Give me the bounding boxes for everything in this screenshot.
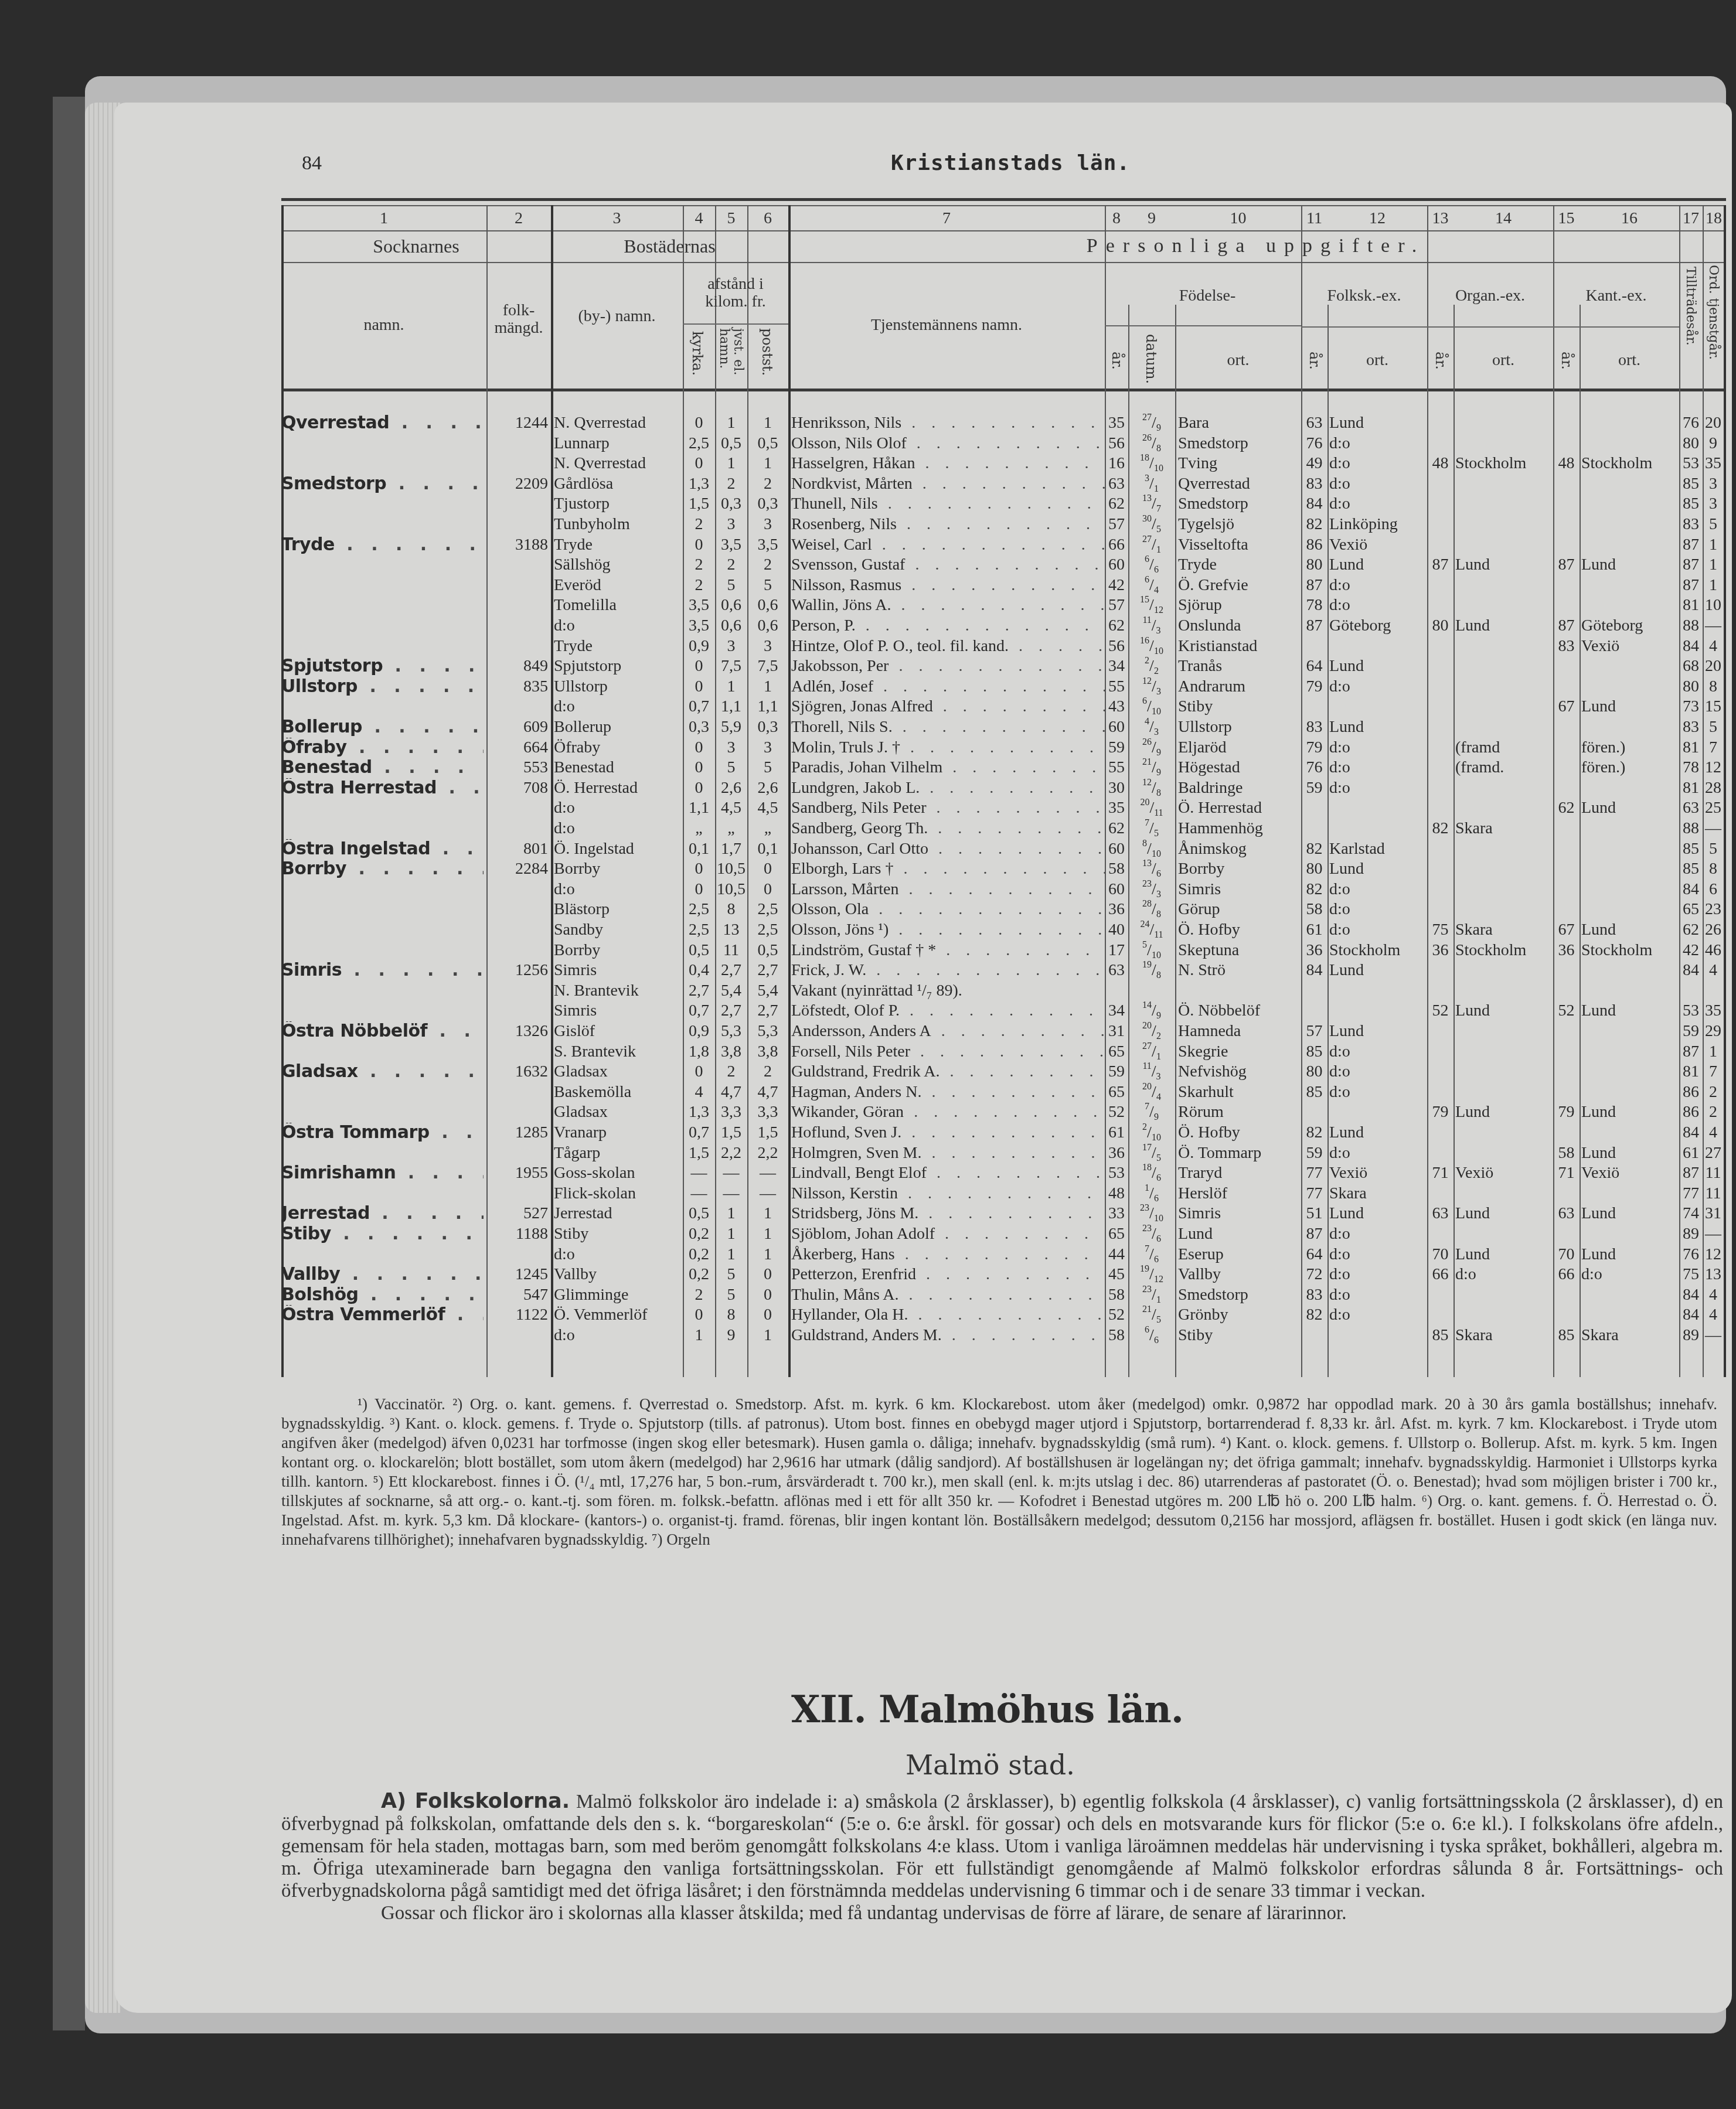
ky-text: 67 [1558, 921, 1575, 939]
birth-month: 10 [1154, 464, 1163, 473]
name-cell: Andersson, Anders A . . . . . . . . . . … [791, 1021, 1105, 1041]
fky-cell: 76 [1301, 758, 1327, 778]
fort-cell: Borrby [1178, 859, 1301, 879]
ko-cell: Lund [1581, 1143, 1679, 1163]
kyrka-cell: 2 [683, 555, 715, 575]
table-row: Bolshög . . . . . . . . . . . . . . . .5… [281, 1285, 1726, 1305]
birth-month: 1 [1156, 545, 1161, 555]
by-text: d:o [554, 819, 575, 837]
book-binding [53, 97, 85, 2030]
by-text: Stiby [554, 1225, 588, 1243]
kyrka-text: 2 [695, 556, 703, 574]
header-folkmangd: folk-mängd. [489, 302, 548, 337]
c18-cell: 35 [1703, 454, 1724, 473]
fko-text: d:o [1329, 434, 1350, 452]
fky-cell: 59 [1301, 1143, 1327, 1163]
date-slash: / [1152, 738, 1156, 757]
kyrka-cell: 1,3 [683, 474, 715, 494]
folksk-rule [1301, 326, 1427, 328]
post-text: 2,6 [758, 779, 778, 797]
leader-dots: . . . . . . . . . . . . . . . . [904, 1103, 1105, 1121]
table-row: Flick-skolan———Nilsson, Kerstin . . . . … [281, 1184, 1726, 1204]
birth-month: 1 [1156, 1052, 1161, 1062]
date-slash: / [1149, 1245, 1154, 1263]
jvst-text: 0,3 [721, 495, 741, 513]
parish-text: Gladsax [281, 1062, 358, 1082]
fy-cell: 65 [1105, 1224, 1128, 1244]
fy-cell: 66 [1105, 535, 1128, 555]
post-cell: 0,3 [747, 494, 788, 514]
c18-cell: 20 [1703, 656, 1724, 676]
fko-text: Lund [1329, 1022, 1364, 1040]
parish-cell: Borrby . . . . . . . . . . . . . . . . [281, 859, 484, 879]
fko-cell: Vexiö [1329, 1163, 1427, 1183]
fy-cell: 34 [1105, 656, 1128, 676]
c17-cell: 85 [1679, 839, 1703, 859]
by-cell: Flick-skolan [554, 1184, 683, 1204]
c18-text: 3 [1709, 475, 1717, 493]
fort-text: Tranås [1178, 657, 1222, 675]
c17-cell: 89 [1679, 1326, 1703, 1345]
fy-text: 59 [1108, 1062, 1125, 1081]
fko-cell: Lund [1329, 717, 1427, 737]
by-cell: Tomelilla [554, 595, 683, 615]
leader-dots: . . . . . . . . . . . . . . . . [347, 738, 484, 758]
c17-text: 59 [1683, 1022, 1699, 1040]
kyrka-cell: 0,7 [683, 1123, 715, 1143]
date-slash: / [1152, 1144, 1156, 1162]
ko-cell: Lund [1581, 1001, 1679, 1021]
leader-dots: . . . . . . . . . . . . . . . . [901, 414, 1105, 432]
post-cell: 4,7 [747, 1082, 788, 1102]
c17-cell: 87 [1679, 1163, 1703, 1183]
c18-text: 20 [1705, 414, 1721, 432]
name-text: Olsson, Jöns ¹) [791, 921, 889, 939]
fky-cell: 87 [1301, 616, 1327, 636]
by-text: Tjustorp [554, 495, 610, 513]
birth-day: 6 [1145, 555, 1149, 564]
fort-cell: Traryd [1178, 1163, 1301, 1183]
leader-dots: . . . . . . . . . . . . . . . . [889, 921, 1105, 939]
header-organ-ar: år. [1434, 352, 1448, 370]
by-text: S. Brantevik [554, 1042, 636, 1061]
c18-text: — [1705, 1225, 1721, 1243]
c18-text: 1 [1709, 576, 1717, 594]
post-text: 3,5 [758, 536, 778, 554]
leader-dots: . . . . . . . . . . . . . . . . [437, 778, 484, 798]
birth-date-cell: 26/8 [1128, 434, 1175, 454]
fko-cell: Linköping [1329, 515, 1427, 534]
kyrka-text: 0,7 [689, 697, 709, 716]
c18-cell: 2 [1703, 1102, 1724, 1122]
name-cell: Guldstrand, Anders M. . . . . . . . . . … [791, 1326, 1105, 1345]
fy-cell: 65 [1105, 1042, 1128, 1062]
parish-text: Qverrestad [281, 413, 389, 433]
c17-cell: 59 [1679, 1021, 1703, 1041]
by-text: Vranarp [554, 1123, 607, 1142]
name-cell: Adlén, Josef . . . . . . . . . . . . . .… [791, 677, 1105, 697]
fy-cell: 57 [1105, 595, 1128, 615]
fodelse-rule [1105, 325, 1301, 326]
name-text: Lindström, Gustaf † * [791, 941, 936, 959]
jvst-text: 2,2 [721, 1144, 741, 1162]
fort-cell: Skegrie [1178, 1042, 1301, 1062]
header-bostadernas: Bostädernas [551, 237, 788, 255]
fko-cell: Göteborg [1329, 616, 1427, 636]
fy-cell: 60 [1105, 555, 1128, 575]
post-cell: 2,2 [747, 1143, 788, 1163]
oy-text: 63 [1432, 1204, 1449, 1222]
jvst-text: 13 [723, 921, 740, 939]
pop-text: 1632 [515, 1062, 548, 1081]
oo-text: d:o [1455, 1265, 1476, 1283]
page-number: 84 [302, 152, 322, 175]
name-text: Guldstrand, Anders M. [791, 1326, 942, 1344]
name-cell: Thulin, Måns A. . . . . . . . . . . . . … [791, 1285, 1105, 1305]
c17-text: 68 [1683, 657, 1699, 675]
c17-text: 85 [1683, 860, 1699, 878]
post-cell: 1 [747, 1326, 788, 1345]
table-row: Tomelilla3,50,60,6Wallin, Jöns A. . . . … [281, 595, 1726, 615]
post-cell: 0,1 [747, 839, 788, 859]
date-slash: / [1152, 1286, 1156, 1304]
ko-text: Lund [1581, 921, 1616, 939]
oo-text: Lund [1455, 616, 1490, 635]
jvst-cell: 8 [715, 1305, 747, 1325]
fort-text: Tving [1178, 454, 1217, 472]
post-cell: 5,3 [747, 1021, 788, 1041]
fko-cell: Lund [1329, 413, 1427, 433]
c17-cell: 81 [1679, 738, 1703, 758]
oy-text: 87 [1432, 556, 1449, 574]
ky-text: 87 [1558, 556, 1575, 574]
ko-cell: Lund [1581, 798, 1679, 818]
post-cell: 2,6 [747, 778, 788, 798]
pop-cell: 2284 [486, 859, 548, 879]
parish-cell: Östra Tommarp . . . . . . . . . . . . . … [281, 1123, 484, 1143]
kyrka-cell: 0,3 [683, 717, 715, 737]
post-text: 7,5 [758, 657, 778, 675]
c17-text: 88 [1683, 819, 1699, 837]
table-row: Östra Herrestad . . . . . . . . . . . . … [281, 778, 1726, 798]
date-slash: / [1152, 900, 1156, 918]
pop-text: 547 [523, 1286, 548, 1304]
birth-month: 6 [1154, 565, 1159, 575]
fort-text: Rörum [1178, 1103, 1224, 1121]
parish-cell: Qverrestad . . . . . . . . . . . . . . .… [281, 413, 484, 433]
date-slash: / [1147, 840, 1152, 858]
jvst-text: 5 [727, 758, 736, 776]
fky-text: 61 [1306, 921, 1323, 939]
colnum-9: 9 [1128, 210, 1175, 227]
by-cell: Bollerup [554, 717, 683, 737]
name-cell: Petterzon, Erenfrid . . . . . . . . . . … [791, 1265, 1105, 1285]
name-text: Jakobsson, Per [791, 657, 889, 675]
fy-cell: 55 [1105, 677, 1128, 697]
fky-text: 36 [1306, 941, 1323, 959]
ky-cell: 79 [1553, 1102, 1580, 1122]
leader-dots: . . . . . . . . . . . . . . . . [893, 718, 1105, 736]
fy-cell: 33 [1105, 1204, 1128, 1224]
fy-text: 63 [1108, 961, 1125, 979]
post-text: 2 [764, 556, 772, 574]
fko-text: Göteborg [1329, 616, 1391, 635]
by-text: N. Qverrestad [554, 414, 646, 432]
fky-cell: 79 [1301, 677, 1327, 697]
fy-cell: 34 [1105, 1001, 1128, 1021]
leader-dots: . . . . . . . . . . . . . . . . [873, 677, 1105, 696]
by-text: d:o [554, 616, 575, 635]
birth-date-cell: 13/6 [1128, 859, 1175, 879]
table-top-rule-2 [281, 205, 1726, 206]
ko-cell: fören.) [1581, 738, 1679, 758]
header-ord-tjenstgar: Ord. tjenstgår. [1706, 265, 1720, 360]
birth-date-cell: 15/12 [1128, 595, 1175, 615]
birth-month: 10 [1152, 849, 1161, 859]
kyrka-text: 2 [695, 515, 703, 533]
c18-cell: 12 [1703, 1245, 1724, 1265]
c18-text: 26 [1705, 921, 1721, 939]
c18-cell: 4 [1703, 1305, 1724, 1325]
birth-day: 18 [1140, 454, 1149, 463]
name-cell: Molin, Truls J. † . . . . . . . . . . . … [791, 738, 1105, 758]
by-cell: Gislöf [554, 1021, 683, 1041]
c17-cell: 89 [1679, 1224, 1703, 1244]
fy-cell: 40 [1105, 920, 1128, 940]
leader-dots: . . . . . . . . . . . . . . . . [928, 819, 1105, 837]
leader-dots: . . . . . . . . . . . . . . . . [900, 1001, 1105, 1020]
oy-cell: 79 [1427, 1102, 1454, 1122]
jvst-cell: „ [715, 819, 747, 839]
pop-cell: 527 [486, 1204, 548, 1224]
post-text: — [760, 1164, 776, 1182]
ky-cell: 36 [1553, 941, 1580, 960]
ko-text: fören.) [1581, 738, 1625, 757]
table-row: Vallby . . . . . . . . . . . . . . . .12… [281, 1265, 1726, 1285]
by-text: Öfraby [554, 738, 600, 757]
post-text: 1 [764, 454, 772, 472]
c18-cell: 13 [1703, 1265, 1724, 1285]
kyrka-cell: 2,5 [683, 920, 715, 940]
name-text: Nilsson, Rasmus [791, 576, 901, 594]
leader-dots: . . . . . . . . . . . . . . . . [872, 536, 1105, 554]
kant-rule [1553, 326, 1679, 328]
by-cell: Vranarp [554, 1123, 683, 1143]
fort-text: Smedstorp [1178, 1286, 1248, 1304]
birth-day: 28 [1142, 900, 1152, 909]
fko-text: d:o [1329, 1225, 1350, 1243]
ky-cell: 87 [1553, 555, 1580, 575]
fort-cell: Hamneda [1178, 1021, 1301, 1041]
by-cell: Tryde [554, 535, 683, 555]
fort-text: Nefvishög [1178, 1062, 1247, 1081]
birth-date-cell: 21/5 [1128, 1305, 1175, 1325]
c18-text: 10 [1705, 596, 1721, 614]
fko-cell: d:o [1329, 1305, 1427, 1325]
c17-cell: 77 [1679, 1184, 1703, 1204]
post-cell: 3,3 [747, 1102, 788, 1122]
fy-cell: 56 [1105, 636, 1128, 656]
by-text: Lunnarp [554, 434, 610, 452]
fort-text: Visseltofta [1178, 536, 1248, 554]
leader-dots: . . . . . . . . . . . . . . . . [908, 1306, 1105, 1324]
date-slash: / [1152, 880, 1156, 898]
birth-month: 8 [1156, 909, 1161, 919]
table-row: Sandby2,5132,5Olsson, Jöns ¹) . . . . . … [281, 920, 1726, 940]
oo-text: Skara [1455, 1326, 1493, 1344]
name-text: Wallin, Jöns A. [791, 596, 891, 614]
jvst-cell: 5 [715, 1265, 747, 1285]
fort-cell: Bara [1178, 413, 1301, 433]
fko-cell: d:o [1329, 1245, 1427, 1265]
kyrka-text: 0 [695, 880, 703, 898]
leader-dots: . . . . . . . . . . . . . . . . [359, 1285, 484, 1305]
kyrka-text: 0 [695, 758, 703, 776]
date-slash: / [1152, 1022, 1156, 1040]
leader-dots: . . . . . . . . . . . . . . . . [889, 657, 1105, 675]
name-cell: Sandberg, Nils Peter . . . . . . . . . .… [791, 798, 1105, 818]
fy-text: 31 [1108, 1022, 1125, 1040]
oy-text: 36 [1432, 941, 1449, 959]
fort-cell: Tranås [1178, 656, 1301, 676]
parish-text: Östra Vemmerlöf [281, 1305, 445, 1325]
post-text: 1 [764, 414, 772, 432]
fy-text: 60 [1108, 556, 1125, 574]
c17-cell: 63 [1679, 798, 1703, 818]
fy-text: 58 [1108, 1286, 1125, 1304]
birth-day: 13 [1142, 859, 1152, 868]
fko-text: Lund [1329, 556, 1364, 574]
kyrka-cell: 0 [683, 758, 715, 778]
kyrka-text: „ [695, 819, 702, 837]
fko-cell: d:o [1329, 575, 1427, 595]
oy-cell: 63 [1427, 1204, 1454, 1224]
leader-dots: . . . . . . . . . . . . . . . . [899, 1286, 1105, 1304]
ko-text: Vexiö [1581, 1164, 1619, 1182]
kyrka-cell: 0 [683, 1062, 715, 1082]
oo-text: Skara [1455, 921, 1493, 939]
post-cell: 1 [747, 1245, 788, 1265]
ko-cell: Vexiö [1581, 636, 1679, 656]
kyrka-text: 2 [695, 1286, 703, 1304]
c17-cell: 84 [1679, 880, 1703, 900]
parish-text: Benestad [281, 758, 372, 778]
fky-text: 83 [1306, 475, 1323, 493]
fort-cell: Smedstorp [1178, 494, 1301, 514]
name-cell: Hoflund, Sven J. . . . . . . . . . . . .… [791, 1123, 1105, 1143]
post-text: 0,3 [758, 495, 778, 513]
leader-dots: . . . . . . . . . . . . . . . . [445, 1305, 484, 1325]
colnum-14: 14 [1454, 210, 1553, 227]
birth-date-cell: 3/1 [1128, 474, 1175, 494]
fko-cell: d:o [1329, 1042, 1427, 1062]
birth-date-cell: 6/4 [1128, 575, 1175, 595]
table-row: Jerrestad . . . . . . . . . . . . . . . … [281, 1204, 1726, 1224]
oy-text: 70 [1432, 1245, 1449, 1263]
ky-text: 87 [1558, 616, 1575, 635]
jvst-text: 1 [727, 1204, 736, 1222]
ko-cell: Lund [1581, 1245, 1679, 1265]
fort-text: Ullstorp [1178, 718, 1232, 736]
leader-dots: . . . . . . . . . . . . . . . . [866, 961, 1105, 979]
c17-cell: 85 [1679, 859, 1703, 879]
fort-text: Traryd [1178, 1164, 1222, 1182]
leader-dots: . . . . . . . . . . . . . . . . [915, 454, 1105, 472]
date-slash: / [1147, 941, 1152, 959]
fort-cell: Skeptuna [1178, 941, 1301, 960]
pop-cell: 553 [486, 758, 548, 778]
ko-cell: Lund [1581, 697, 1679, 717]
jvst-text: 2 [727, 1062, 736, 1081]
pop-text: 835 [523, 677, 548, 696]
c18-cell: 9 [1703, 434, 1724, 454]
parish-text: Spjutstorp [281, 656, 383, 676]
jvst-text: 7,5 [721, 657, 741, 675]
header-afstand: afstånd i kilom. fr. [686, 275, 785, 311]
section-body: A) Folkskolorna. Malmö folkskolor äro in… [281, 1790, 1723, 1924]
c18-cell: 27 [1703, 1143, 1724, 1163]
jvst-cell: 5 [715, 575, 747, 595]
post-cell: 3 [747, 515, 788, 534]
fy-text: 30 [1108, 779, 1125, 797]
fy-text: 52 [1108, 1103, 1125, 1121]
post-cell: 1 [747, 677, 788, 697]
c18-text: 25 [1705, 799, 1721, 817]
fko-text: d:o [1329, 900, 1350, 918]
fky-cell: 83 [1301, 1285, 1327, 1305]
by-text: Borrby [554, 941, 600, 959]
fky-text: 85 [1306, 1042, 1323, 1061]
parish-text: Jerrestad [281, 1204, 370, 1224]
c18-cell: 8 [1703, 677, 1724, 697]
fy-cell: 61 [1105, 1123, 1128, 1143]
birth-month: 12 [1154, 1275, 1163, 1285]
by-text: d:o [554, 697, 575, 716]
kyrka-cell: 3,5 [683, 595, 715, 615]
fko-cell: d:o [1329, 1224, 1427, 1244]
kyrka-text: 0,2 [689, 1265, 709, 1283]
c17-text: 86 [1683, 1083, 1699, 1101]
oy-text: 75 [1432, 921, 1449, 939]
table-row: Benestad . . . . . . . . . . . . . . . .… [281, 758, 1726, 778]
kyrka-text: 0,5 [689, 1204, 709, 1222]
birth-month: 11 [1154, 808, 1163, 818]
c17-cell: 74 [1679, 1204, 1703, 1224]
kyrka-text: 1,5 [689, 495, 709, 513]
fky-cell: 82 [1301, 1305, 1327, 1325]
c18-cell: — [1703, 1326, 1724, 1345]
by-cell: Stiby [554, 1224, 683, 1244]
c17-text: 84 [1683, 637, 1699, 655]
c18-cell: 46 [1703, 941, 1724, 960]
fko-cell: d:o [1329, 778, 1427, 798]
fort-text: Qverrestad [1178, 475, 1250, 493]
oy-text: 52 [1432, 1001, 1449, 1020]
pop-text: 2209 [515, 475, 548, 493]
post-text: 2,5 [758, 900, 778, 918]
leader-dots: . . . . . . . . . . . . . . . . [856, 616, 1105, 635]
c18-text: 4 [1709, 637, 1717, 655]
jvst-text: 4,5 [721, 799, 741, 817]
oo-cell: Stockholm [1455, 941, 1553, 960]
c18-cell: 7 [1703, 1062, 1724, 1082]
birth-date-cell: 24/11 [1128, 920, 1175, 940]
post-cell: 5,4 [747, 981, 788, 1001]
c17-text: 83 [1683, 515, 1699, 533]
name-cell: Jakobsson, Per . . . . . . . . . . . . .… [791, 656, 1105, 676]
oy-text: 85 [1432, 1326, 1449, 1344]
c17-cell: 85 [1679, 494, 1703, 514]
